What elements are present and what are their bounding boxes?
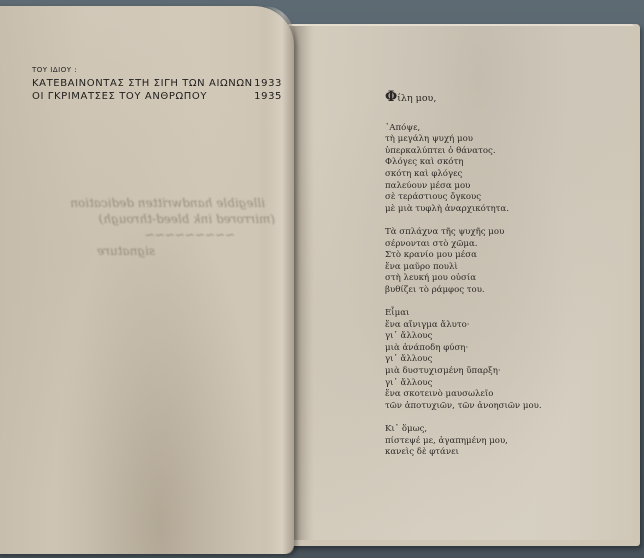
stanza-2: Τὰ σπλάχνα τῆς ψυχῆς μου σέρνονται στὸ χ… — [385, 227, 585, 297]
work-title: ΟΙ ΓΚΡΙΜΑΤΣΕΣ ΤΟΥ ΑΝΘΡΩΠΟΥ — [32, 90, 207, 103]
poem-line: Στὸ κρανίο μου μέσα — [385, 250, 585, 262]
poem-line: ἕνα σκοτεινὸ μαυσωλεῖο — [385, 389, 585, 401]
poem-line: κανεὶς δὲ φτάνει — [385, 447, 585, 459]
poem-line: τῶν ἀποτυχιῶν, τῶν ἀνοησιῶν μου. — [385, 401, 585, 413]
ghost-line: ~~~~~~~~~ — [55, 227, 235, 243]
ghost-line: (mirrored ink bleed-through) — [55, 211, 275, 227]
stanza-1: ᾿Απόψε, τὴ μεγάλη ψυχή μου ὑπερκαλύπτει … — [385, 123, 585, 216]
poem-line: Εἶμαι — [385, 308, 585, 320]
bibliography-entry: ΚΑΤΕΒΑΙΝΟΝΤΑΣ ΣΤΗ ΣΙΓΗ ΤΩΝ ΑΙΩΝΩΝ 1933 — [32, 77, 282, 90]
poem-line: Φλόγες καὶ σκότη — [385, 157, 585, 169]
poem: Φίλη μου, ᾿Απόψε, τὴ μεγάλη ψυχή μου ὑπε… — [385, 92, 585, 470]
handwriting-bleedthrough: illegible handwritten dedication (mirror… — [55, 195, 275, 295]
poem-line: μιὰ δυστυχισμένη ὕπαρξη· — [385, 366, 585, 378]
bibliography: ΤΟΥ ΙΔΙΟΥ : ΚΑΤΕΒΑΙΝΟΝΤΑΣ ΣΤΗ ΣΙΓΗ ΤΩΝ Α… — [32, 66, 282, 103]
poem-line: Τὰ σπλάχνα τῆς ψυχῆς μου — [385, 227, 585, 239]
salutation: Φίλη μου, — [385, 92, 585, 105]
poem-line: γι᾿ ἄλλους — [385, 354, 585, 366]
poem-line: βυθίζει τὸ ράμφος του. — [385, 285, 585, 297]
poem-line: τὴ μεγάλη ψυχή μου — [385, 134, 585, 146]
poem-line: γι᾿ ἄλλους — [385, 378, 585, 390]
drop-initial: Φ — [385, 89, 397, 105]
poem-line: Κι᾿ ὅμως, — [385, 424, 585, 436]
ghost-line: illegible handwritten dedication — [55, 195, 265, 211]
poem-line: σκότη καὶ φλόγες — [385, 169, 585, 181]
poem-line: ὑπερκαλύπτει ὁ θάνατος. — [385, 146, 585, 158]
bibliography-entry: ΟΙ ΓΚΡΙΜΑΤΣΕΣ ΤΟΥ ΑΝΘΡΩΠΟΥ 1935 — [32, 90, 282, 103]
work-year: 1933 — [254, 77, 282, 90]
poem-line: σὲ τεράστιους ὄγκους — [385, 192, 585, 204]
poem-line: ἕνα μαῦρο πουλὶ — [385, 262, 585, 274]
poem-line: μὲ μιὰ τυφλὴ ἀναρχικότητα. — [385, 204, 585, 216]
poem-line: ἕνα αἴνιγμα ἄλυτο· — [385, 320, 585, 332]
poem-line: σέρνονται στὸ χῶμα. — [385, 239, 585, 251]
work-title: ΚΑΤΕΒΑΙΝΟΝΤΑΣ ΣΤΗ ΣΙΓΗ ΤΩΝ ΑΙΩΝΩΝ — [32, 77, 253, 90]
poem-line: στὴ λευκή μου οὐσία — [385, 273, 585, 285]
poem-line: πίστεψέ με, ἀγαπημένη μου, — [385, 436, 585, 448]
poem-line: παλεύουν μέσα μου — [385, 181, 585, 193]
bibliography-label: ΤΟΥ ΙΔΙΟΥ : — [32, 66, 282, 74]
stanza-4: Κι᾿ ὅμως, πίστεψέ με, ἀγαπημένη μου, καν… — [385, 424, 585, 459]
photo-scene: Φίλη μου, ᾿Απόψε, τὴ μεγάλη ψυχή μου ὑπε… — [0, 0, 644, 558]
poem-line: μιὰ ἀνάποδη φύση· — [385, 343, 585, 355]
salutation-text: ίλη μου, — [397, 93, 436, 104]
stanza-3: Εἶμαι ἕνα αἴνιγμα ἄλυτο· γι᾿ ἄλλους μιὰ … — [385, 308, 585, 412]
work-year: 1935 — [254, 90, 282, 103]
ghost-line: signature — [55, 243, 155, 259]
poem-line: ᾿Απόψε, — [385, 123, 585, 135]
poem-line: γι᾿ ἄλλους — [385, 331, 585, 343]
